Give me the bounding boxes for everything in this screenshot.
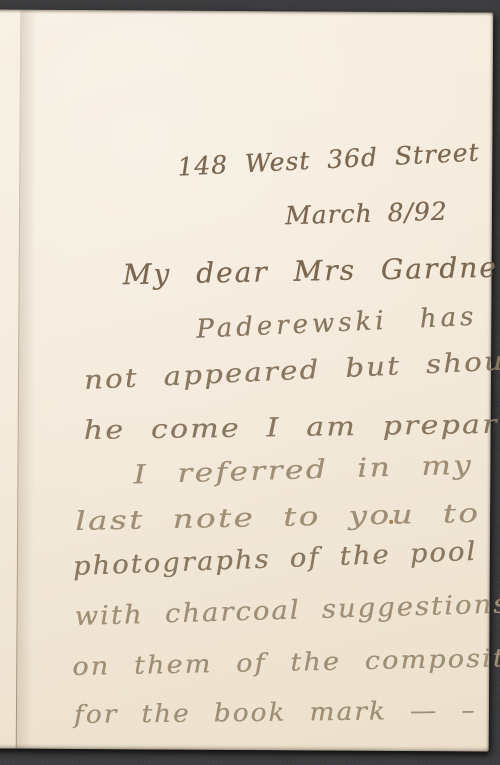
body-line-5: last note to you to <box>75 499 481 537</box>
body-line-7: with charcoal suggestions <box>74 589 500 632</box>
body-line-3: he come I am prepared, <box>83 409 500 446</box>
body-line-4: I referred in my <box>133 451 474 491</box>
address-line: 148 West 36d Street <box>177 138 481 182</box>
date-line: March 8/92 <box>285 197 448 231</box>
gutter-shadow <box>17 10 38 749</box>
body-line-8: on them of the composition <box>72 642 500 681</box>
body-line-9: for the book mark — – <box>74 695 477 729</box>
body-line-2: not appeared but should <box>83 345 500 396</box>
letter-page: 148 West 36d Street March 8/92 My dear M… <box>0 9 493 751</box>
photographed-letter-scene: 148 West 36d Street March 8/92 My dear M… <box>0 0 500 765</box>
body-line-6: photographs of the pool <box>72 537 477 582</box>
body-line-1: Paderewski has <box>196 302 478 345</box>
salutation-line: My dear Mrs Gardner <box>122 250 500 291</box>
